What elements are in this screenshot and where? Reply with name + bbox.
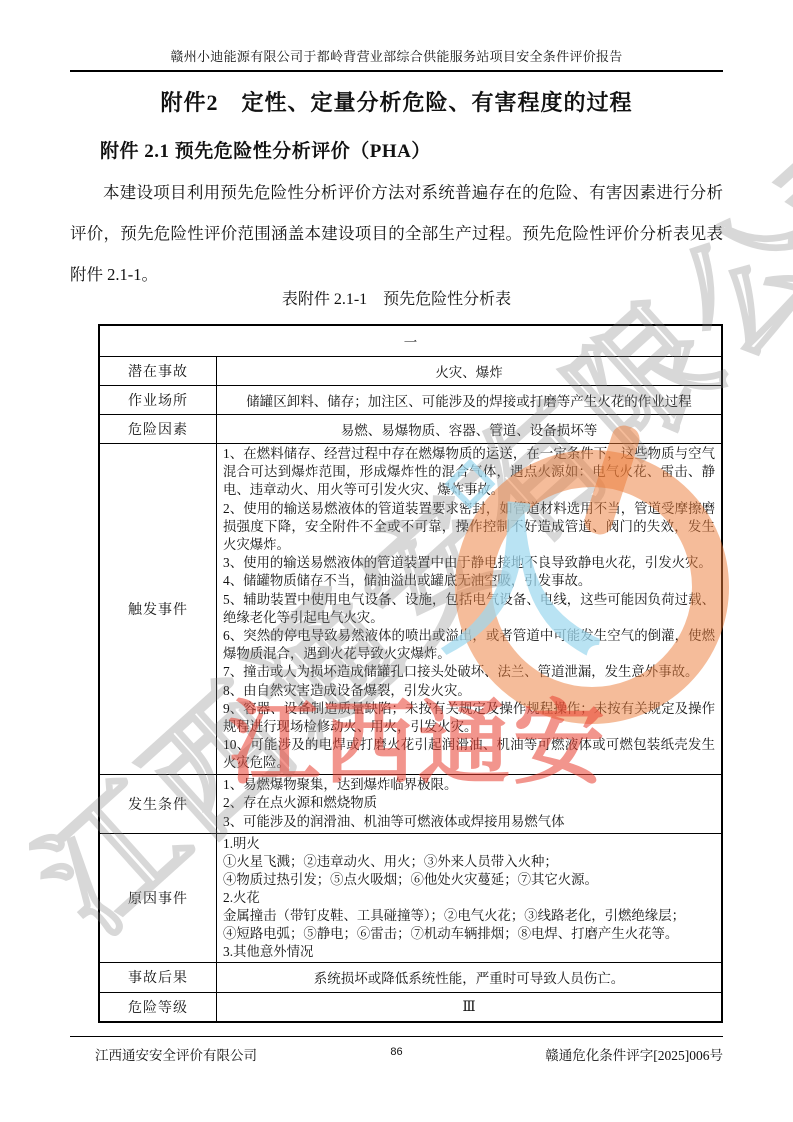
table-row-trigger-events: 触发事件 1、在燃料储存、经营过程中存在燃爆物质的运送，在一定条件下，这些物质与…	[100, 443, 721, 774]
table-row-potential-accident: 潜在事故 火灾、爆炸	[100, 356, 721, 385]
row-label: 原因事件	[100, 834, 217, 962]
table-row-occurrence-conditions: 发生条件 1、易燃爆物聚集，达到爆炸临界极限。 2、存在点火源和燃烧物质 3、可…	[100, 774, 721, 833]
row-value: 系统损坏或降低系统性能，严重时可导致人员伤亡。	[217, 963, 721, 992]
section-title-pha: 附件 2.1 预先危险性分析评价（PHA）	[100, 136, 431, 163]
table-row-work-site: 作业场所 储罐区卸料、储存；加注区、可能涉及的焊接或打磨等产生火花的作业过程	[100, 385, 721, 414]
row-label: 潜在事故	[100, 357, 217, 385]
table-row-continuation: 一	[100, 326, 721, 356]
row-value: 1、易燃爆物聚集，达到爆炸临界极限。 2、存在点火源和燃烧物质 3、可能涉及的润…	[217, 775, 721, 833]
row-value: 易燃、易爆物质、容器、管道、设备损坏等	[217, 415, 721, 443]
pha-table: 一 潜在事故 火灾、爆炸 作业场所 储罐区卸料、储存；加注区、可能涉及的焊接或打…	[98, 324, 723, 1023]
continuation-marker: 一	[404, 331, 418, 351]
row-label: 事故后果	[100, 963, 217, 992]
table-caption: 表附件 2.1-1 预先危险性分析表	[70, 286, 723, 309]
table-row-hazard-factor: 危险因素 易燃、易爆物质、容器、管道、设备损坏等	[100, 414, 721, 443]
row-value: 火灾、爆炸	[217, 357, 721, 385]
row-label: 发生条件	[100, 775, 217, 833]
row-label: 危险因素	[100, 415, 217, 443]
table-row-accident-consequence: 事故后果 系统损坏或降低系统性能，严重时可导致人员伤亡。	[100, 962, 721, 992]
risk-level-value: Ⅲ	[217, 993, 721, 1021]
row-label: 危险等级	[100, 993, 217, 1021]
attachment-main-title: 附件2 定性、定量分析危险、有害程度的过程	[70, 86, 723, 117]
footer-divider	[70, 1036, 723, 1037]
footer-document-number: 赣通危化条件评字[2025]006号	[545, 1044, 723, 1064]
table-row-risk-level: 危险等级 Ⅲ	[100, 992, 721, 1021]
row-label: 触发事件	[100, 444, 217, 774]
document-page: 赣州小迪能源有限公司于都岭背营业部综合供能服务站项目安全条件评价报告 附件2 定…	[0, 0, 793, 1122]
report-header-title: 赣州小迪能源有限公司于都岭背营业部综合供能服务站项目安全条件评价报告	[70, 46, 723, 65]
intro-paragraph: 本建设项目利用预先危险性分析评价方法对系统普遍存在的危险、有害因素进行分析评价，…	[70, 172, 723, 295]
table-row-cause-events: 原因事件 1.明火 ①火星飞溅；②违章动火、用火；③外来人员带入火种； ④物质过…	[100, 833, 721, 962]
row-value: 1.明火 ①火星飞溅；②违章动火、用火；③外来人员带入火种； ④物质过热引发；⑤…	[217, 834, 721, 962]
row-label: 作业场所	[100, 386, 217, 414]
row-value: 储罐区卸料、储存；加注区、可能涉及的焊接或打磨等产生火花的作业过程	[217, 386, 721, 414]
header-divider	[70, 70, 723, 72]
row-value: 1、在燃料储存、经营过程中存在燃爆物质的运送，在一定条件下，这些物质与空气混合可…	[217, 444, 721, 774]
